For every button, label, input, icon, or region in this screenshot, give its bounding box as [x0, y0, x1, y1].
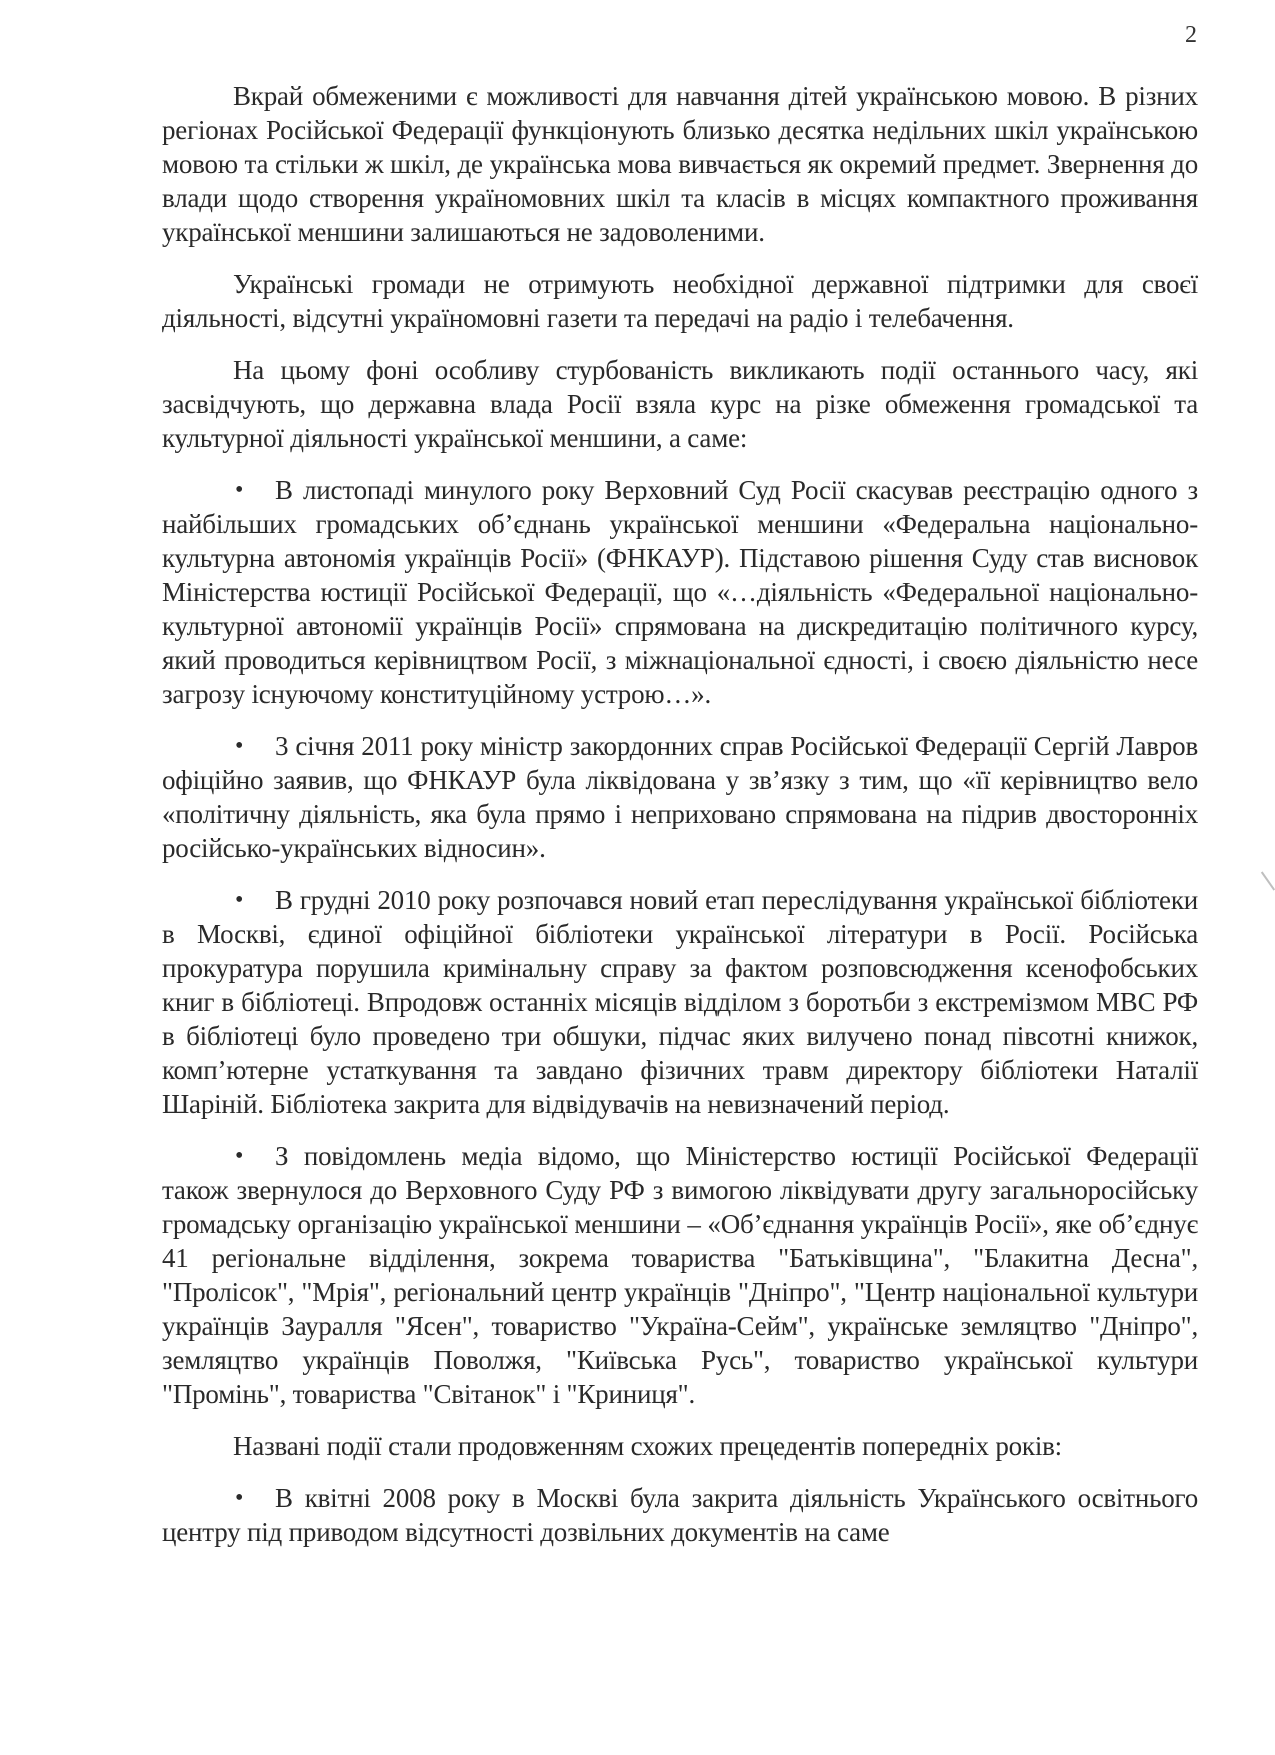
bullet-icon: • — [235, 883, 243, 917]
bullet-text: В грудні 2010 року розпочався новий етап… — [162, 885, 1198, 1119]
bullet-icon: • — [235, 729, 243, 763]
bullet-text: З повідомлень медіа відомо, що Міністерс… — [162, 1141, 1198, 1409]
bullet-item-ministry-liquidation: • З повідомлень медіа відомо, що Міністе… — [162, 1139, 1198, 1411]
paragraph-ukrainian-education: Вкрай обмеженими є можливості для навчан… — [162, 79, 1198, 249]
bullet-text: 3 січня 2011 року міністр закордонних сп… — [162, 731, 1198, 863]
page-number: 2 — [1185, 22, 1197, 49]
document-body: Вкрай обмеженими є можливості для навчан… — [162, 79, 1198, 1567]
bullet-icon: • — [235, 1481, 243, 1515]
bullet-icon: • — [235, 1139, 243, 1173]
bullet-text: В квітні 2008 року в Москві була закрита… — [162, 1483, 1198, 1547]
bullet-item-lavrov-statement: • 3 січня 2011 року міністр закордонних … — [162, 729, 1198, 865]
bullet-icon: • — [235, 473, 243, 507]
scan-artifact — [1261, 871, 1275, 890]
bullet-item-education-center: • В квітні 2008 року в Москві була закри… — [162, 1481, 1198, 1549]
paragraph-precedents: Названі події стали продовженням схожих … — [162, 1429, 1198, 1463]
bullet-text: В листопаді минулого року Верховний Суд … — [162, 475, 1198, 709]
bullet-item-supreme-court: • В листопаді минулого року Верховний Су… — [162, 473, 1198, 711]
paragraph-community-support: Українські громади не отримують необхідн… — [162, 267, 1198, 335]
paragraph-concern-events: На цьому фоні особливу стурбованість вик… — [162, 353, 1198, 455]
bullet-item-library-persecution: • В грудні 2010 року розпочався новий ет… — [162, 883, 1198, 1121]
